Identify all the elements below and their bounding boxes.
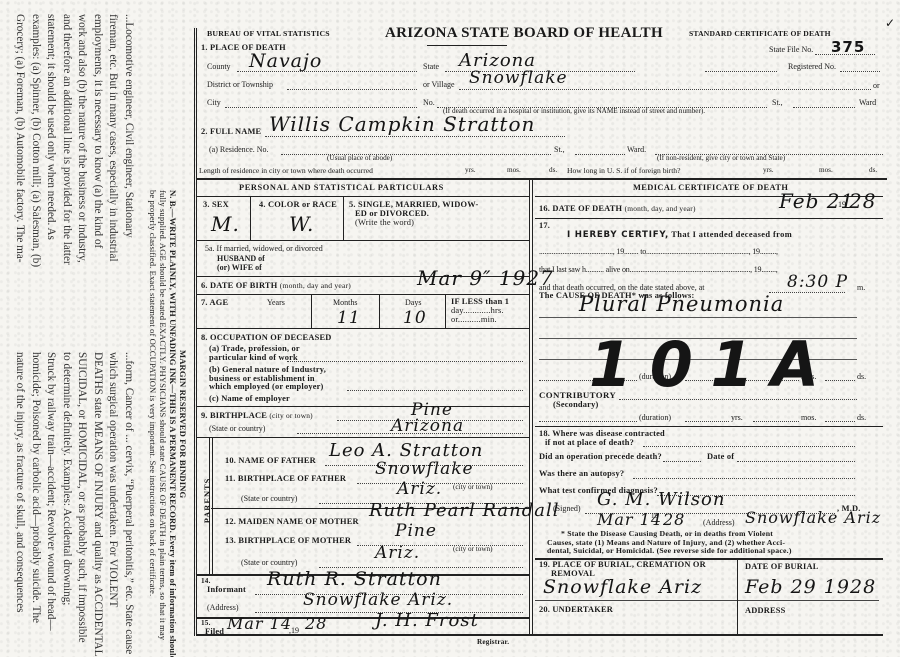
certificate-type: STANDARD CERTIFICATE OF DEATH	[689, 29, 831, 38]
board-title: ARIZONA STATE BOARD OF HEALTH	[385, 25, 663, 42]
binding-margin-note: MARGIN RESERVED FOR BINDING N. B.—WRITE …	[142, 0, 194, 657]
burial-place-value: Snowflake Ariz	[543, 576, 702, 598]
age-days-value: 10	[403, 308, 427, 328]
informant-address-value: Snowflake Ariz.	[303, 590, 453, 610]
overwrite-code-mark: 1 0 1 A	[589, 328, 817, 401]
margin-instructions: ...Locomotive engineer, Civil engineer, …	[0, 0, 140, 657]
race-value: W.	[289, 212, 314, 236]
state-file-number: 375	[831, 38, 865, 56]
registrar-signature: J. H. Frost	[375, 610, 479, 631]
state-file-label: State File No.	[769, 45, 813, 54]
death-certificate-scan: ...Locomotive engineer, Civil engineer, …	[0, 0, 900, 657]
certificate-form: BUREAU OF VITAL STATISTICS ARIZONA STATE…	[194, 28, 884, 636]
filed-year-value: 28	[305, 614, 327, 633]
instructions-occupation: ...Locomotive engineer, Civil engineer, …	[12, 14, 136, 334]
death-year-value: 28	[849, 189, 876, 213]
check-mark-icon: ✓	[885, 16, 896, 30]
father-name-value: Leo A. Stratton	[329, 440, 483, 461]
cause-footnote: * State the Disease Causing Death, or in…	[547, 530, 792, 556]
county-value: Navajo	[249, 50, 322, 72]
village-value: Snowflake	[469, 68, 568, 88]
full-name-value: Willis Campkin Stratton	[269, 112, 535, 136]
burial-date-value: Feb 29 1928	[745, 576, 876, 598]
spouse-field: 5a. If married, widowed, or divorced HUS…	[205, 244, 323, 273]
mother-name-value: Ruth Pearl Randall	[369, 500, 560, 521]
parents-side-label: PARENTS	[203, 478, 212, 523]
informant-value: Ruth R. Stratton	[267, 568, 442, 590]
time-of-death-value: 8:30 P	[787, 272, 848, 292]
instructions-cause-of-death: ...form, Cancer of ... cervix, “Puerpera…	[12, 352, 136, 652]
registered-label: Registered No.	[788, 62, 836, 71]
age-months-value: 11	[337, 308, 361, 328]
filed-date-value: Mar 14	[227, 614, 292, 633]
birthplace-state-value: Arizona	[391, 416, 464, 436]
mother-birthplace-state-value: Ariz.	[375, 543, 420, 563]
sex-value: M.	[211, 212, 240, 236]
dob-value: Mar 9″ 1927	[417, 266, 554, 290]
physician-address-value: Snowflake Ariz	[745, 508, 881, 527]
bureau-label: BUREAU OF VITAL STATISTICS	[207, 29, 330, 38]
personal-section-title: PERSONAL AND STATISTICAL PARTICULARS	[239, 183, 444, 192]
signed-year-value: 28	[663, 510, 685, 529]
cause-of-death-value: Plural Pneumonia	[579, 292, 784, 316]
medical-section-title: MEDICAL CERTIFICATE OF DEATH	[633, 183, 788, 192]
full-name-label: 2. FULL NAME	[201, 127, 261, 136]
physician-signature: G. M. Wilson	[597, 489, 725, 510]
father-birthplace-state-value: Ariz.	[397, 479, 442, 499]
mother-birthplace-city-value: Pine	[395, 521, 437, 541]
father-birthplace-city-value: Snowflake	[375, 459, 474, 479]
